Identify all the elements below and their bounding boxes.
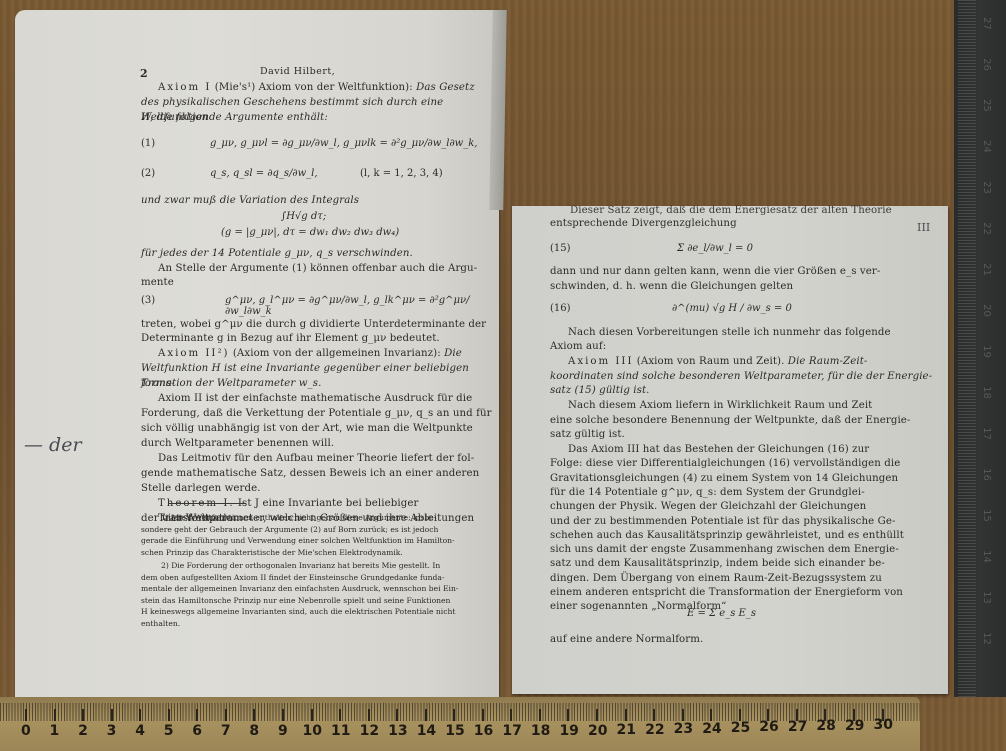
axiom3-para-line2: eine solche besondere Benennung der Welt… (550, 413, 910, 428)
ruler-label: 15 (981, 509, 992, 522)
equation-15-number: (15) (550, 243, 571, 254)
nach-line2: Axiom auf: (550, 339, 606, 354)
ruler-label: 0 (21, 723, 31, 739)
ruler-label: 11 (331, 723, 350, 739)
axiom2-para-line4: durch Weltparameter benennen will. (141, 436, 334, 451)
vanish-line: für jedes der 14 Potentiale g_μν, q_s ve… (141, 246, 413, 261)
paragraph-line: schehen auch das Kausalitätsprinzip gewä… (550, 528, 904, 543)
dann-line1: dann und nur dann gelten kann, wenn die … (550, 264, 880, 279)
ruler-label: 13 (981, 591, 992, 604)
page-number: 2 (140, 66, 148, 81)
axiom1-heading: Axiom I (158, 82, 211, 93)
leitmotiv-line1: Das Leitmotiv für den Aufbau meiner Theo… (158, 451, 474, 466)
axiom3-para-line3: satz gültig ist. (550, 427, 625, 442)
ruler-label: 20 (981, 304, 992, 317)
equation-3: g^μν, g_l^μν = ∂g^μν/∂w_l, g_lk^μν = ∂²g… (225, 295, 499, 317)
equation-16: ∂^(mu) √g H / ∂w_s = 0 (672, 303, 792, 314)
ruler-label: 12 (981, 632, 992, 645)
paragraph-line: chungen der Physik. Wegen der Gleichzahl… (550, 499, 866, 514)
right-document-page: Dieser Satz zeigt, daß die dem Energiesa… (512, 206, 948, 694)
running-head: David Hilbert, (260, 64, 335, 79)
equation-2-number: (2) (141, 168, 155, 179)
treten-line2: Determinante g in Bezug auf ihr Element … (141, 331, 440, 346)
axiom3-heading: Axiom III (568, 356, 633, 367)
axiom2-line1: Axiom II²) (Axiom von der allgemeinen In… (158, 346, 462, 361)
ruler-label: 27 (788, 719, 807, 735)
arguments-line2: mente (141, 275, 174, 290)
ruler-label: 21 (981, 263, 992, 276)
ruler-label: 23 (981, 181, 992, 194)
axiom2-line3: formation der Weltparameter w_s. (141, 376, 321, 391)
handwritten-margin-note: — der (24, 434, 82, 456)
ruler-label: 19 (981, 345, 992, 358)
ruler-label: 7 (221, 723, 231, 739)
axiom2-para-line3: sich völlig unabhängig ist von der Art, … (141, 421, 473, 436)
footnote-line: dem oben aufgestellten Axiom II findet d… (141, 572, 445, 583)
ruler-label: 12 (360, 723, 379, 739)
arguments-line1: An Stelle der Argumente (1) können offen… (158, 261, 477, 276)
ruler-label: 5 (164, 723, 174, 739)
ruler-label: 22 (981, 222, 992, 235)
ruler-label: 26 (759, 719, 778, 735)
ruler-label: 10 (303, 723, 322, 739)
variation-line: und zwar muß die Variation des Integrals (141, 193, 359, 208)
roman-numeral-mark: III (917, 220, 930, 235)
ruler-label: 24 (981, 140, 992, 153)
paragraph-line: sich uns damit der engste Zusammenhang z… (550, 542, 899, 557)
ruler-label: 18 (981, 386, 992, 399)
equation-15: Σ ∂e_l/∂w_l = 0 (677, 243, 753, 254)
axiom2-para-line1: Axiom II ist der einfachste mathematisch… (158, 391, 472, 406)
ruler-label: 27 (981, 17, 992, 30)
integral: ∫H√g dτ; (281, 211, 326, 222)
footnote-line: sondere geht der Gebrauch der Argumente … (141, 524, 438, 535)
paragraph-line: einem anderen entspricht die Transformat… (550, 585, 903, 600)
ruler-label: 24 (702, 721, 721, 737)
axiom1-line1: Axiom I (Mie's¹) Axiom von der Weltfunkt… (158, 80, 475, 95)
ruler-label: 3 (107, 723, 117, 739)
footnote-line: mentale der allgemeinen Invarianz den ei… (141, 583, 458, 594)
footnote-line: stein das Hamiltonsche Prinzip nur eine … (141, 595, 450, 606)
nach-line1: Nach diesen Vorbereitungen stelle ich nu… (568, 325, 891, 340)
ruler-label: 15 (445, 723, 464, 739)
ruler-label: 13 (388, 723, 407, 739)
equation-1-number: (1) (141, 138, 155, 149)
footnote-line: 1) Mie's Weltfunktionen enthalten nicht … (161, 512, 436, 523)
paragraph-line: für die 14 Potentiale g^μν, q_s: dem Sys… (550, 485, 865, 500)
paragraph-line: und der zu bestimmenden Potentiale ist f… (550, 514, 896, 529)
equation-1: g_μν, g_μνl = ∂g_μν/∂w_l, g_μνlk = ∂²g_μ… (210, 138, 477, 149)
ruler-label: 19 (559, 723, 578, 739)
normal-form-equation: E = Σ e_s E_s (687, 608, 756, 619)
axiom2-heading: Axiom II²) (158, 348, 230, 359)
footnote-line: gerade die Einführung und Verwendung ein… (141, 535, 455, 546)
integral-definition: (g = |g_μν|, dτ = dw₁ dw₂ dw₃ dw₄) (221, 227, 399, 238)
ruler-label: 23 (674, 721, 693, 737)
ruler-label: 17 (981, 427, 992, 440)
ruler-label: 9 (278, 723, 288, 739)
axiom1-line3: H, die folgende Argumente enthält: (141, 110, 328, 125)
horizontal-ruler: 0123456789101112131415161718192021222324… (0, 697, 920, 751)
divergence-line: entsprechende Divergenzgleichung (550, 216, 737, 231)
footnote-line: 2) Die Forderung der orthogonalen Invari… (161, 560, 440, 571)
treten-line1: treten, wobei g^μν die durch g dividiert… (141, 317, 486, 332)
ruler-label: 14 (417, 723, 436, 739)
ruler-label: 25 (981, 99, 992, 112)
ruler-label: 16 (981, 468, 992, 481)
ruler-label: 26 (981, 58, 992, 71)
ruler-label: 4 (135, 723, 145, 739)
ruler-label: 16 (474, 723, 493, 739)
leitmotiv-line3: Stelle darlegen werde. (141, 481, 261, 496)
dann-line2: schwinden, d. h. wenn die Gleichungen ge… (550, 279, 793, 294)
paragraph-line: dingen. Dem Übergang von einem Raum-Zeit… (550, 571, 882, 586)
footnote-line: schen Prinzip das Charakteristische der … (141, 547, 403, 558)
equation-2: q_s, q_sl = ∂q_s/∂w_l, (210, 168, 318, 179)
vertical-ruler: 27262524232221201918171615141312 (954, 0, 1006, 697)
ruler-label: 2 (78, 723, 88, 739)
axiom3-line2: koordinaten sind solche besonderen Weltp… (550, 369, 932, 384)
ruler-label: 18 (531, 723, 550, 739)
paragraph-line: Folge: diese vier Differentialgleichunge… (550, 456, 900, 471)
ruler-label: 21 (617, 722, 636, 738)
leitmotiv-line2: gende mathematische Satz, dessen Beweis … (141, 466, 479, 481)
ruler-label: 8 (249, 723, 259, 739)
axiom3-line3: satz (15) gültig ist. (550, 383, 650, 398)
axiom2-para-line2: Forderung, daß die Verkettung der Potent… (141, 406, 492, 421)
last-line: auf eine andere Normalform. (550, 632, 703, 647)
ruler-label: 6 (192, 723, 202, 739)
paragraph-line: Das Axiom III hat das Bestehen der Gleic… (568, 442, 869, 457)
footnote-line: enthalten. (141, 618, 180, 629)
footnote-separator (168, 503, 246, 504)
ruler-label: 25 (731, 720, 750, 736)
ruler-label: 20 (588, 723, 607, 739)
axiom3-line1: Axiom III (Axiom von Raum und Zeit). Die… (568, 354, 867, 369)
paragraph-line: satz und dem Kausalitätsprinzip, indem b… (550, 556, 885, 571)
paragraph-line: Gravitationsgleichungen (4) zu einem Sys… (550, 471, 898, 486)
axiom3-para-line1: Nach diesem Axiom liefern in Wirklichkei… (568, 398, 872, 413)
left-document-page: 2 David Hilbert, Axiom I (Mie's¹) Axiom … (15, 10, 499, 697)
footnote-line: H keineswegs allgemeine Invarianten sind… (141, 606, 455, 617)
equation-2-range: (l, k = 1, 2, 3, 4) (360, 168, 443, 179)
ruler-label: 22 (645, 722, 664, 738)
ruler-label: 1 (50, 723, 60, 739)
ruler-label: 14 (981, 550, 992, 563)
equation-3-number: (3) (141, 295, 155, 306)
equation-16-number: (16) (550, 303, 571, 314)
ruler-label: 17 (502, 723, 521, 739)
